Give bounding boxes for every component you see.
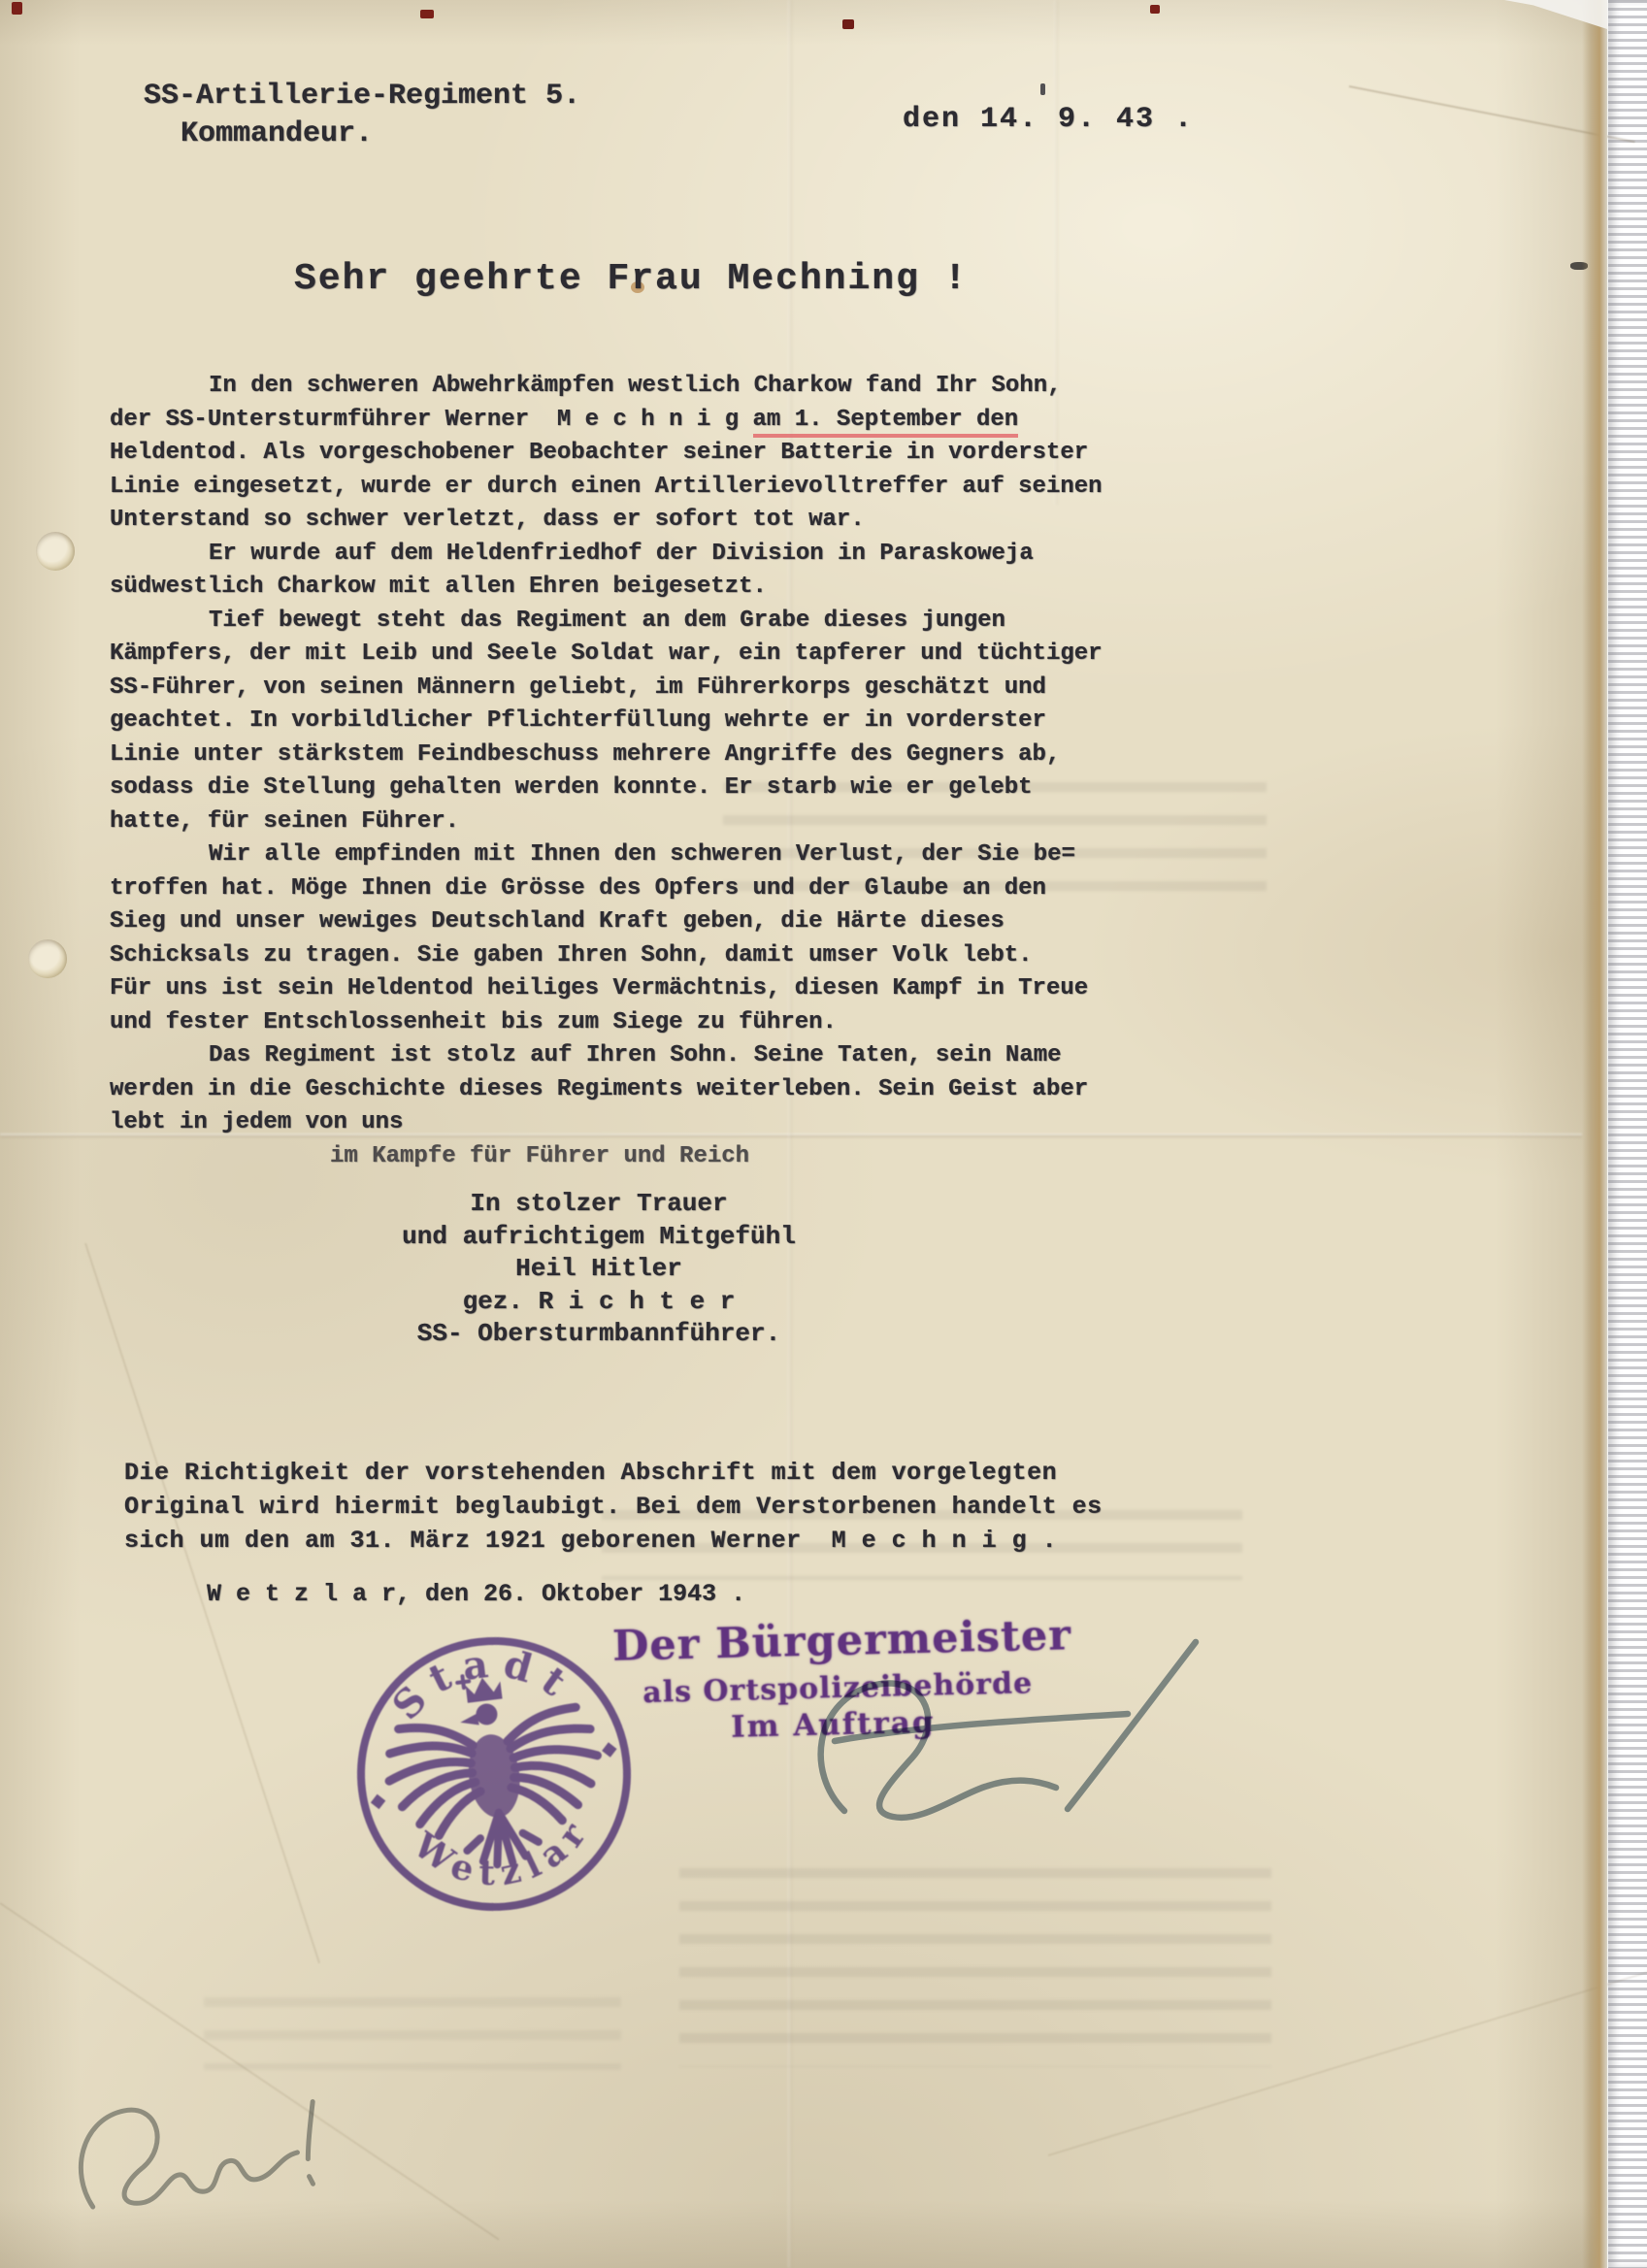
letter-line: Unterstand so schwer verletzt, dass er s…: [110, 504, 1177, 538]
letter-line: Tief bewegt steht das Regiment an dem Gr…: [110, 605, 1177, 639]
letter-line: Linie unter stärkstem Feindbeschuss mehr…: [110, 739, 1177, 772]
salutation: Sehr geehrte Frau Mechning !: [294, 258, 969, 300]
letter-line: südwestlich Charkow mit allen Ehren beig…: [110, 571, 1177, 605]
letter-line: Original wird hiermit beglaubigt. Bei de…: [124, 1490, 1103, 1524]
letter-line: In stolzer Trauer: [390, 1188, 807, 1221]
pencil-note-scribble: [47, 2027, 387, 2250]
red-speck: [12, 2, 22, 15]
letter-line: Kämpfers, der mit Leib und Seele Soldat …: [110, 638, 1177, 672]
letter-line: troffen hat. Möge Ihnen die Grösse des O…: [110, 872, 1177, 906]
letterhead-role: Kommandeur.: [181, 117, 373, 150]
letter-line: und fester Entschlossenheit bis zum Sieg…: [110, 1006, 1177, 1040]
punch-hole: [28, 939, 67, 978]
red-underlined-text: am 1. September den: [753, 407, 1019, 438]
letter-line: Das Regiment ist stolz auf Ihren Sohn. S…: [110, 1039, 1177, 1073]
letter-line: sich um den am 31. März 1921 geborenen W…: [124, 1524, 1103, 1558]
letter-line: gez. R i c h t e r: [390, 1286, 807, 1319]
letter-line: Linie eingesetzt, wurde er durch einen A…: [110, 471, 1177, 505]
letter-body: In den schweren Abwehrkämpfen westlich C…: [110, 370, 1177, 1173]
letter-line: und aufrichtigem Mitgefühl: [390, 1221, 807, 1254]
letter-text: der SS-Untersturmführer Werner M e c h n…: [110, 407, 753, 433]
seal-diamond-right: [602, 1742, 616, 1757]
letter-line: Heil Hitler: [390, 1253, 807, 1286]
letter-line: Sieg und unser wewiges Deutschland Kraft…: [110, 905, 1177, 939]
closing-block: In stolzer Trauerund aufrichtigem Mitgef…: [390, 1188, 807, 1351]
red-speck: [420, 10, 434, 18]
scanner-ribbed-edge: [1608, 0, 1647, 2268]
letter-line: SS-Führer, von seinen Männern geliebt, i…: [110, 672, 1177, 706]
letter-paper: SS-Artillerie-Regiment 5. Kommandeur. de…: [0, 0, 1607, 2268]
letter-line: sodass die Stellung gehalten werden konn…: [110, 772, 1177, 805]
signature-scribble: [776, 1627, 1242, 1850]
letterhead-unit: SS-Artillerie-Regiment 5.: [144, 80, 580, 113]
letter-line: Er wurde auf dem Heldenfriedhof der Divi…: [110, 538, 1177, 572]
paper-right-edge: [1582, 0, 1607, 2268]
certification-block: Die Richtigkeit der vorstehenden Abschri…: [124, 1456, 1103, 1558]
seal-graphics: Stadt Wetzlar: [346, 1626, 642, 1922]
red-speck: [842, 19, 854, 29]
letter-line: im Kampfe für Führer und Reich: [110, 1140, 1177, 1174]
stray-type-mark: [1040, 83, 1045, 95]
red-speck: [1150, 5, 1160, 14]
seal-diamond-left: [371, 1794, 385, 1809]
letter-line: Die Richtigkeit der vorstehenden Abschri…: [124, 1456, 1103, 1490]
letter-line: In den schweren Abwehrkämpfen westlich C…: [110, 370, 1177, 404]
letter-line: SS- Obersturmbannführer.: [390, 1318, 807, 1351]
letter-line: Für uns ist sein Heldentod heiliges Verm…: [110, 972, 1177, 1006]
letter-line: werden in die Geschichte dieses Regiment…: [110, 1073, 1177, 1107]
letter-line: Wir alle empfinden mit Ihnen den schwere…: [110, 838, 1177, 872]
letter-date: den 14. 9. 43 .: [903, 103, 1194, 136]
scanned-letter-page: SS-Artillerie-Regiment 5. Kommandeur. de…: [0, 0, 1647, 2268]
punch-hole: [36, 532, 75, 571]
letter-line: Schicksals zu tragen. Sie gaben Ihren So…: [110, 939, 1177, 973]
city-seal: Stadt Wetzlar: [332, 1612, 656, 1936]
letter-line: hatte, für seinen Führer.: [110, 805, 1177, 839]
ink-bleedthrough: [679, 1868, 1271, 2067]
letter-line: Heldentod. Als vorgeschobener Beobachter…: [110, 437, 1177, 471]
letter-line: lebt in jedem von uns: [110, 1106, 1177, 1140]
place-date-line: W e t z l a r, den 26. Oktober 1943 .: [207, 1580, 745, 1608]
letter-line: geachtet. In vorbildlicher Pflichterfüll…: [110, 705, 1177, 739]
letter-line: der SS-Untersturmführer Werner M e c h n…: [110, 404, 1177, 438]
